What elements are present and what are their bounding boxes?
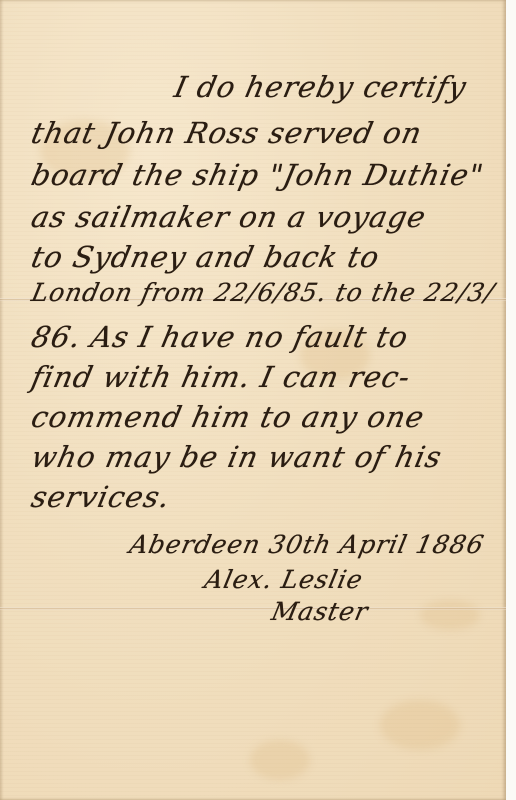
body-line-10: who may be in want of his	[28, 440, 445, 474]
body-line-5: to Sydney and back to	[28, 240, 383, 274]
place-and-date: Aberdeen 30th April 1886	[127, 530, 487, 559]
body-line-11: services.	[28, 480, 173, 514]
paper-stain	[250, 740, 310, 780]
letter-page: I do hereby certify that John Ross serve…	[0, 0, 506, 800]
body-line-9: commend him to any one	[28, 400, 427, 434]
body-line-8: find with him. I can rec-	[28, 360, 413, 394]
paper-stain	[380, 700, 460, 750]
scan-margin	[506, 0, 516, 800]
paper-stain	[420, 600, 480, 630]
body-line-4: as sailmaker on a voyage	[28, 200, 429, 234]
body-line-6: London from 22/6/85. to the 22/3/	[29, 278, 498, 307]
signature: Alex. Leslie	[202, 565, 366, 594]
fold-line	[0, 607, 506, 610]
body-line-1: I do hereby certify	[171, 70, 469, 104]
signatory-title: Master	[269, 597, 371, 626]
body-line-3: board the ship "John Duthie"	[28, 158, 487, 192]
body-line-7: 86. As I have no fault to	[28, 320, 411, 354]
body-line-2: that John Ross served on	[28, 116, 425, 150]
